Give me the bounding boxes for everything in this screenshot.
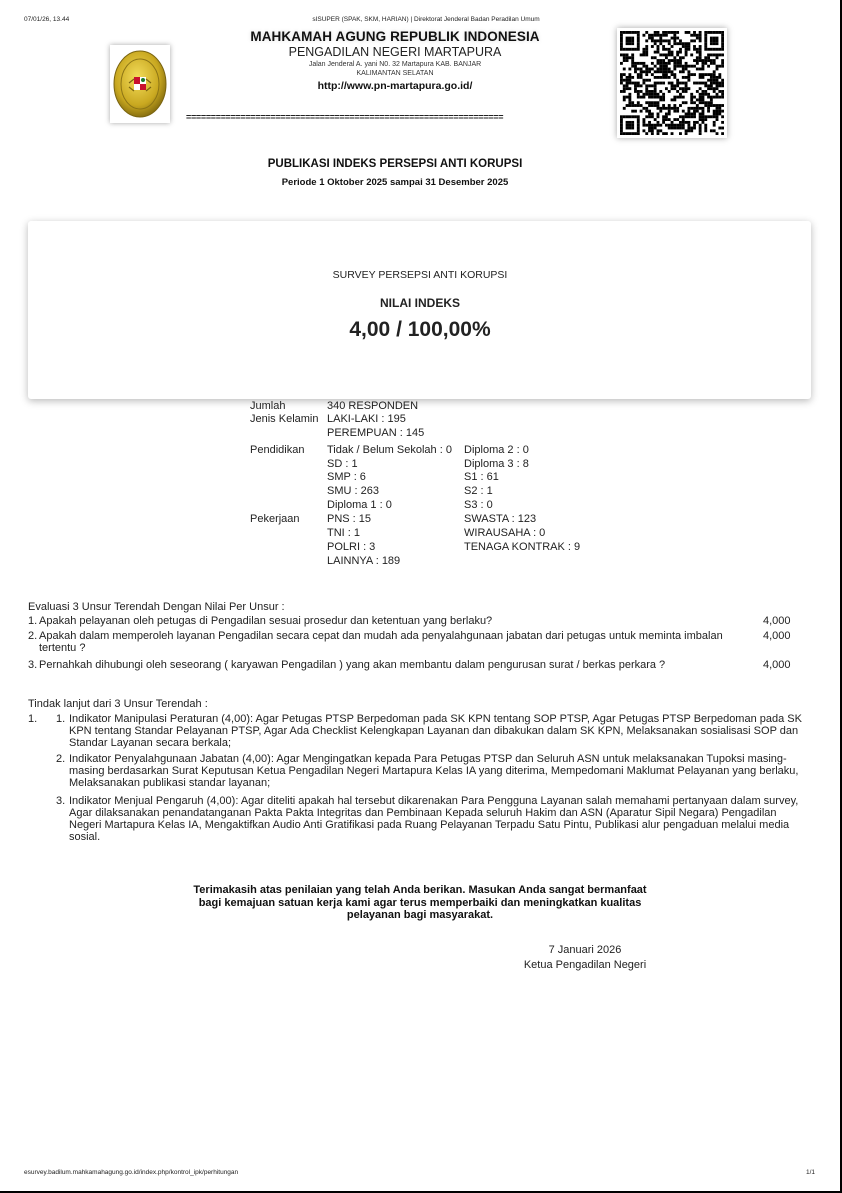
- institution-name: MAHKAMAH AGUNG REPUBLIK INDONESIA: [200, 29, 590, 45]
- court-website[interactable]: http://www.pn-martapura.go.id/: [200, 79, 590, 93]
- education-item: Tidak / Belum Sekolah : 0: [327, 444, 452, 457]
- document-page: 07/01/26, 13.44 sISUPER (SPAK, SKM, HARI…: [0, 0, 840, 1191]
- evaluation-number: 1.: [28, 615, 37, 627]
- job-item: POLRI : 3: [327, 541, 375, 554]
- evaluation-number: 2.: [28, 630, 37, 642]
- follow-up-outer-number: 1.: [28, 713, 37, 725]
- publication-title: PUBLIKASI INDEKS PERSEPSI ANTI KORUPSI: [0, 158, 790, 170]
- index-value: 4,00 / 100,00%: [0, 318, 840, 342]
- follow-up-heading: Tindak lanjut dari 3 Unsur Terendah :: [28, 698, 208, 710]
- job-item: TNI : 1: [327, 527, 360, 540]
- job-item: WIRAUSAHA : 0: [464, 527, 545, 540]
- court-province: KALIMANTAN SELATAN: [200, 69, 590, 78]
- education-item: S3 : 0: [464, 499, 493, 512]
- publication-period: Periode 1 Oktober 2025 sampai 31 Desembe…: [0, 177, 790, 188]
- follow-up-text: Indikator Penyalahgunaan Jabatan (4,00):…: [69, 753, 809, 789]
- education-item: Diploma 3 : 8: [464, 458, 529, 471]
- job-item: TENAGA KONTRAK : 9: [464, 541, 580, 554]
- court-emblem-icon: [112, 49, 168, 119]
- job-item: SWASTA : 123: [464, 513, 536, 526]
- index-label: NILAI INDEKS: [0, 296, 840, 310]
- education-item: Diploma 2 : 0: [464, 444, 529, 457]
- court-logo: [110, 45, 170, 123]
- qr-code-icon: [620, 31, 724, 135]
- evaluation-score: 4,000: [763, 630, 791, 642]
- education-item: Diploma 1 : 0: [327, 499, 392, 512]
- court-address: Jalan Jenderal A. yani N0. 32 Martapura …: [200, 60, 590, 69]
- job-item: PNS : 15: [327, 513, 371, 526]
- evaluation-question: Apakah pelayanan oleh petugas di Pengadi…: [39, 615, 749, 627]
- education-item: S1 : 61: [464, 471, 499, 484]
- gender-female: PEREMPUAN : 145: [327, 427, 424, 440]
- evaluation-number: 3.: [28, 659, 37, 671]
- print-page-title: sISUPER (SPAK, SKM, HARIAN) | Direktorat…: [0, 16, 842, 23]
- closing-message: Terimakasih atas penilaian yang telah An…: [190, 884, 650, 922]
- evaluation-question: Apakah dalam memperoleh layanan Pengadil…: [39, 630, 749, 654]
- jumlah-value: 340 RESPONDEN: [327, 400, 418, 413]
- jumlah-label: Jumlah: [250, 400, 285, 413]
- signatory-title: Ketua Pengadilan Negeri: [500, 959, 670, 971]
- evaluation-score: 4,000: [763, 659, 791, 671]
- education-item: SD : 1: [327, 458, 358, 471]
- follow-up-number: 1.: [56, 713, 65, 725]
- education-item: SMP : 6: [327, 471, 366, 484]
- letterhead-divider: ========================================…: [186, 112, 602, 122]
- gender-male: LAKI-LAKI : 195: [327, 413, 406, 426]
- job-item: LAINNYA : 189: [327, 555, 400, 568]
- education-label: Pendidikan: [250, 444, 304, 457]
- court-name: PENGADILAN NEGERI MARTAPURA: [200, 45, 590, 60]
- evaluation-question: Pernahkah dihubungi oleh seseorang ( kar…: [39, 659, 749, 671]
- print-footer-url: esurvey.badilum.mahkamahagung.go.id/inde…: [24, 1169, 238, 1176]
- follow-up-number: 3.: [56, 795, 65, 807]
- job-label: Pekerjaan: [250, 513, 300, 526]
- evaluation-heading: Evaluasi 3 Unsur Terendah Dengan Nilai P…: [28, 601, 285, 613]
- qr-code: [617, 28, 727, 138]
- education-item: S2 : 1: [464, 485, 493, 498]
- evaluation-score: 4,000: [763, 615, 791, 627]
- gender-label: Jenis Kelamin: [250, 413, 318, 426]
- signature-date: 7 Januari 2026: [500, 944, 670, 956]
- follow-up-number: 2.: [56, 753, 65, 765]
- follow-up-text: Indikator Menjual Pengaruh (4,00): Agar …: [69, 795, 809, 843]
- education-item: SMU : 263: [327, 485, 379, 498]
- letterhead: MAHKAMAH AGUNG REPUBLIK INDONESIA PENGAD…: [200, 29, 590, 93]
- survey-name: SURVEY PERSEPSI ANTI KORUPSI: [0, 269, 840, 281]
- follow-up-text: Indikator Manipulasi Peraturan (4,00): A…: [69, 713, 809, 749]
- index-card: [28, 221, 811, 399]
- print-page-number: 1/1: [806, 1169, 815, 1176]
